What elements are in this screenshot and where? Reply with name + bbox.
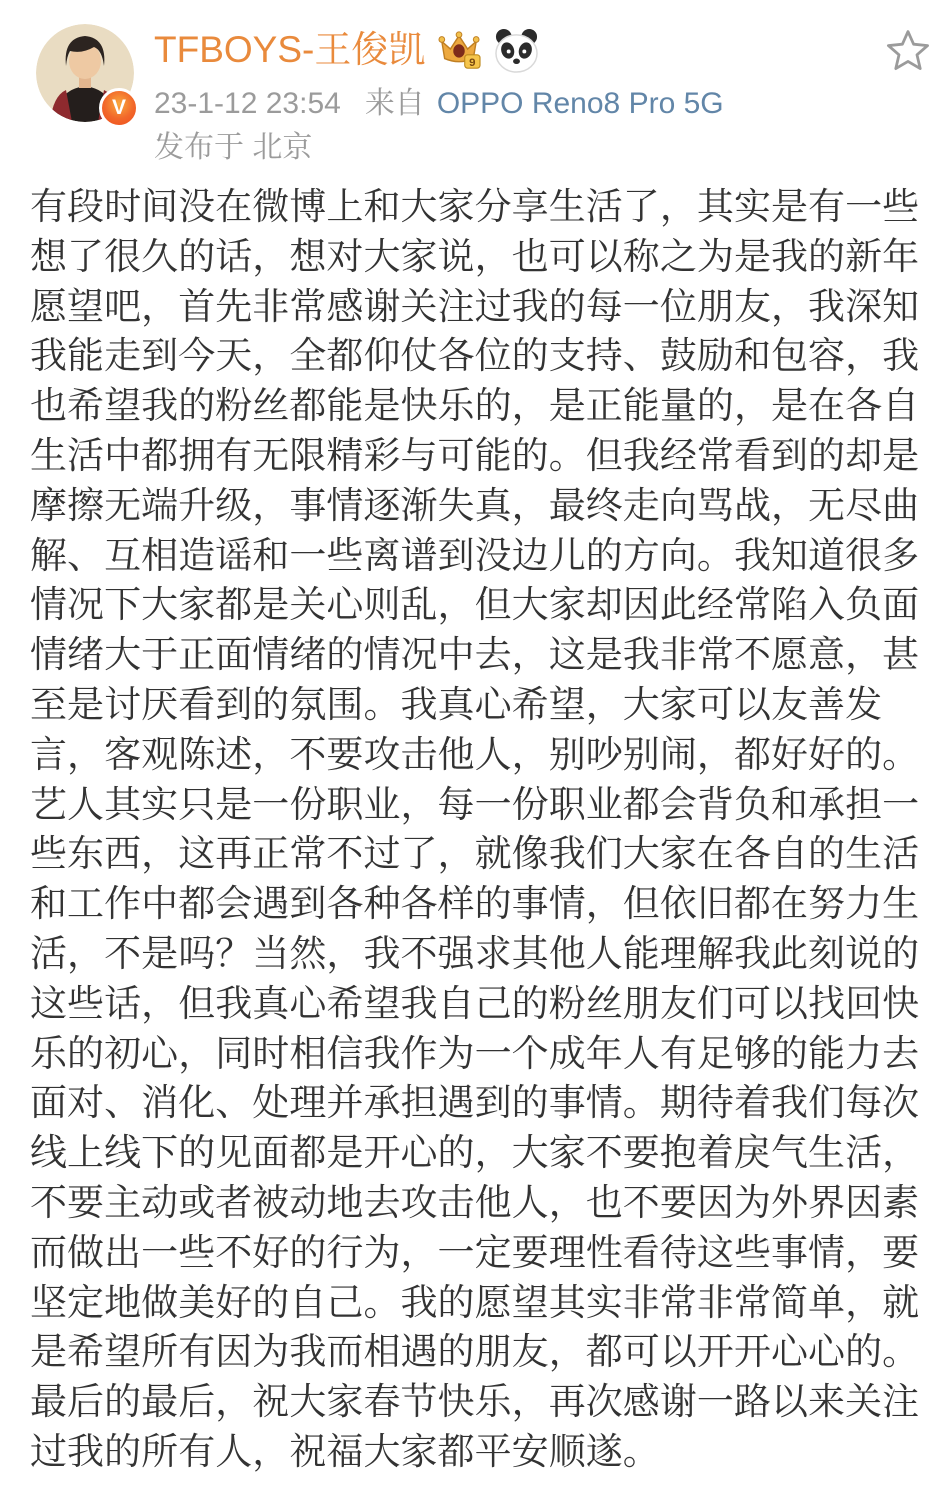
post-text-line: 活，不是吗？当然，我不强求其他人能理解我此刻说的 [30, 929, 922, 979]
verified-v-icon: V [99, 88, 139, 128]
post-text-line: 也希望我的粉丝都能是快乐的，是正能量的，是在各自 [30, 381, 922, 431]
post-text-line: 乐的初心，同时相信我作为一个成年人有足够的能力去 [30, 1029, 922, 1079]
post-header: V TFBOYS-王俊凯 9 [0, 0, 952, 166]
post-text-line: 言，客观陈述，不要攻击他人，别吵别闹，都好好的。 [30, 730, 922, 780]
post-text-line: 愿望吧，首先非常感谢关注过我的每一位朋友，我深知 [30, 282, 922, 332]
post-text-line: 些东西，这再正常不过了，就像我们大家在各自的生活 [30, 829, 922, 879]
header-main: TFBOYS-王俊凯 9 [154, 24, 912, 166]
post-text-line: 而做出一些不好的行为，一定要理性看待这些事情，要 [30, 1228, 922, 1278]
post-text: 有段时间没在微博上和大家分享生活了，其实是有一些想了很久的话，想对大家说，也可以… [30, 182, 922, 1477]
post-text-line: 想了很久的话，想对大家说，也可以称之为是我的新年 [30, 232, 922, 282]
source-device-link[interactable]: OPPO Reno8 Pro 5G [437, 87, 724, 120]
weibo-post-card: V TFBOYS-王俊凯 9 [0, 0, 952, 1497]
post-text-line: 情况下大家都是关心则乱，但大家却因此经常陷入负面 [30, 580, 922, 630]
post-text-line: 解、互相造谣和一些离谱到没边儿的方向。我知道很多 [30, 531, 922, 581]
post-text-line: 过我的所有人，祝福大家都平安顺遂。 [30, 1427, 922, 1477]
name-row: TFBOYS-王俊凯 9 [154, 28, 912, 72]
post-text-line: 有段时间没在微博上和大家分享生活了，其实是有一些 [30, 182, 922, 232]
vip-crown-icon[interactable]: 9 [435, 29, 483, 71]
post-text-line: 最后的最后，祝大家春节快乐，再次感谢一路以来关注 [30, 1377, 922, 1427]
post-text-line: 线上线下的见面都是开心的，大家不要抱着戾气生活， [30, 1128, 922, 1178]
post-text-line: 这些话，但我真心希望我自己的粉丝朋友们可以找回快 [30, 979, 922, 1029]
post-text-line: 情绪大于正面情绪的情况中去，这是我非常不愿意，甚 [30, 630, 922, 680]
post-text-line: 至是讨厌看到的氛围。我真心希望，大家可以友善发 [30, 680, 922, 730]
post-text-line: 和工作中都会遇到各种各样的事情，但依旧都在努力生 [30, 879, 922, 929]
favorite-star-icon[interactable] [884, 26, 932, 74]
post-text-line: 生活中都拥有无限精彩与可能的。但我经常看到的却是 [30, 431, 922, 481]
post-text-line: 面对、消化、处理并承担遇到的事情。期待着我们每次 [30, 1078, 922, 1128]
post-text-line: 艺人其实只是一份职业，每一份职业都会背负和承担一 [30, 780, 922, 830]
panda-icon[interactable] [493, 28, 540, 73]
post-text-line: 坚定地做美好的自己。我的愿望其实非常非常简单，就 [30, 1278, 922, 1328]
avatar[interactable]: V [36, 24, 134, 122]
meta-row: 23-1-12 23:54来自OPPO Reno8 Pro 5G [154, 86, 912, 122]
svg-text:9: 9 [470, 57, 476, 69]
timestamp: 23-1-12 23:54 [154, 87, 341, 120]
post-text-line: 是希望所有因为我而相遇的朋友，都可以开开心心的。 [30, 1327, 922, 1377]
post-text-line: 摩擦无端升级，事情逐渐失真，最终走向骂战，无尽曲 [30, 481, 922, 531]
post-text-line: 不要主动或者被动地去攻击他人，也不要因为外界因素 [30, 1178, 922, 1228]
post-text-line: 我能走到今天，全都仰仗各位的支持、鼓励和包容，我 [30, 331, 922, 381]
username[interactable]: TFBOYS-王俊凯 [154, 28, 425, 72]
source-prefix: 来自 [365, 87, 425, 120]
publish-location: 发布于 北京 [154, 130, 912, 166]
